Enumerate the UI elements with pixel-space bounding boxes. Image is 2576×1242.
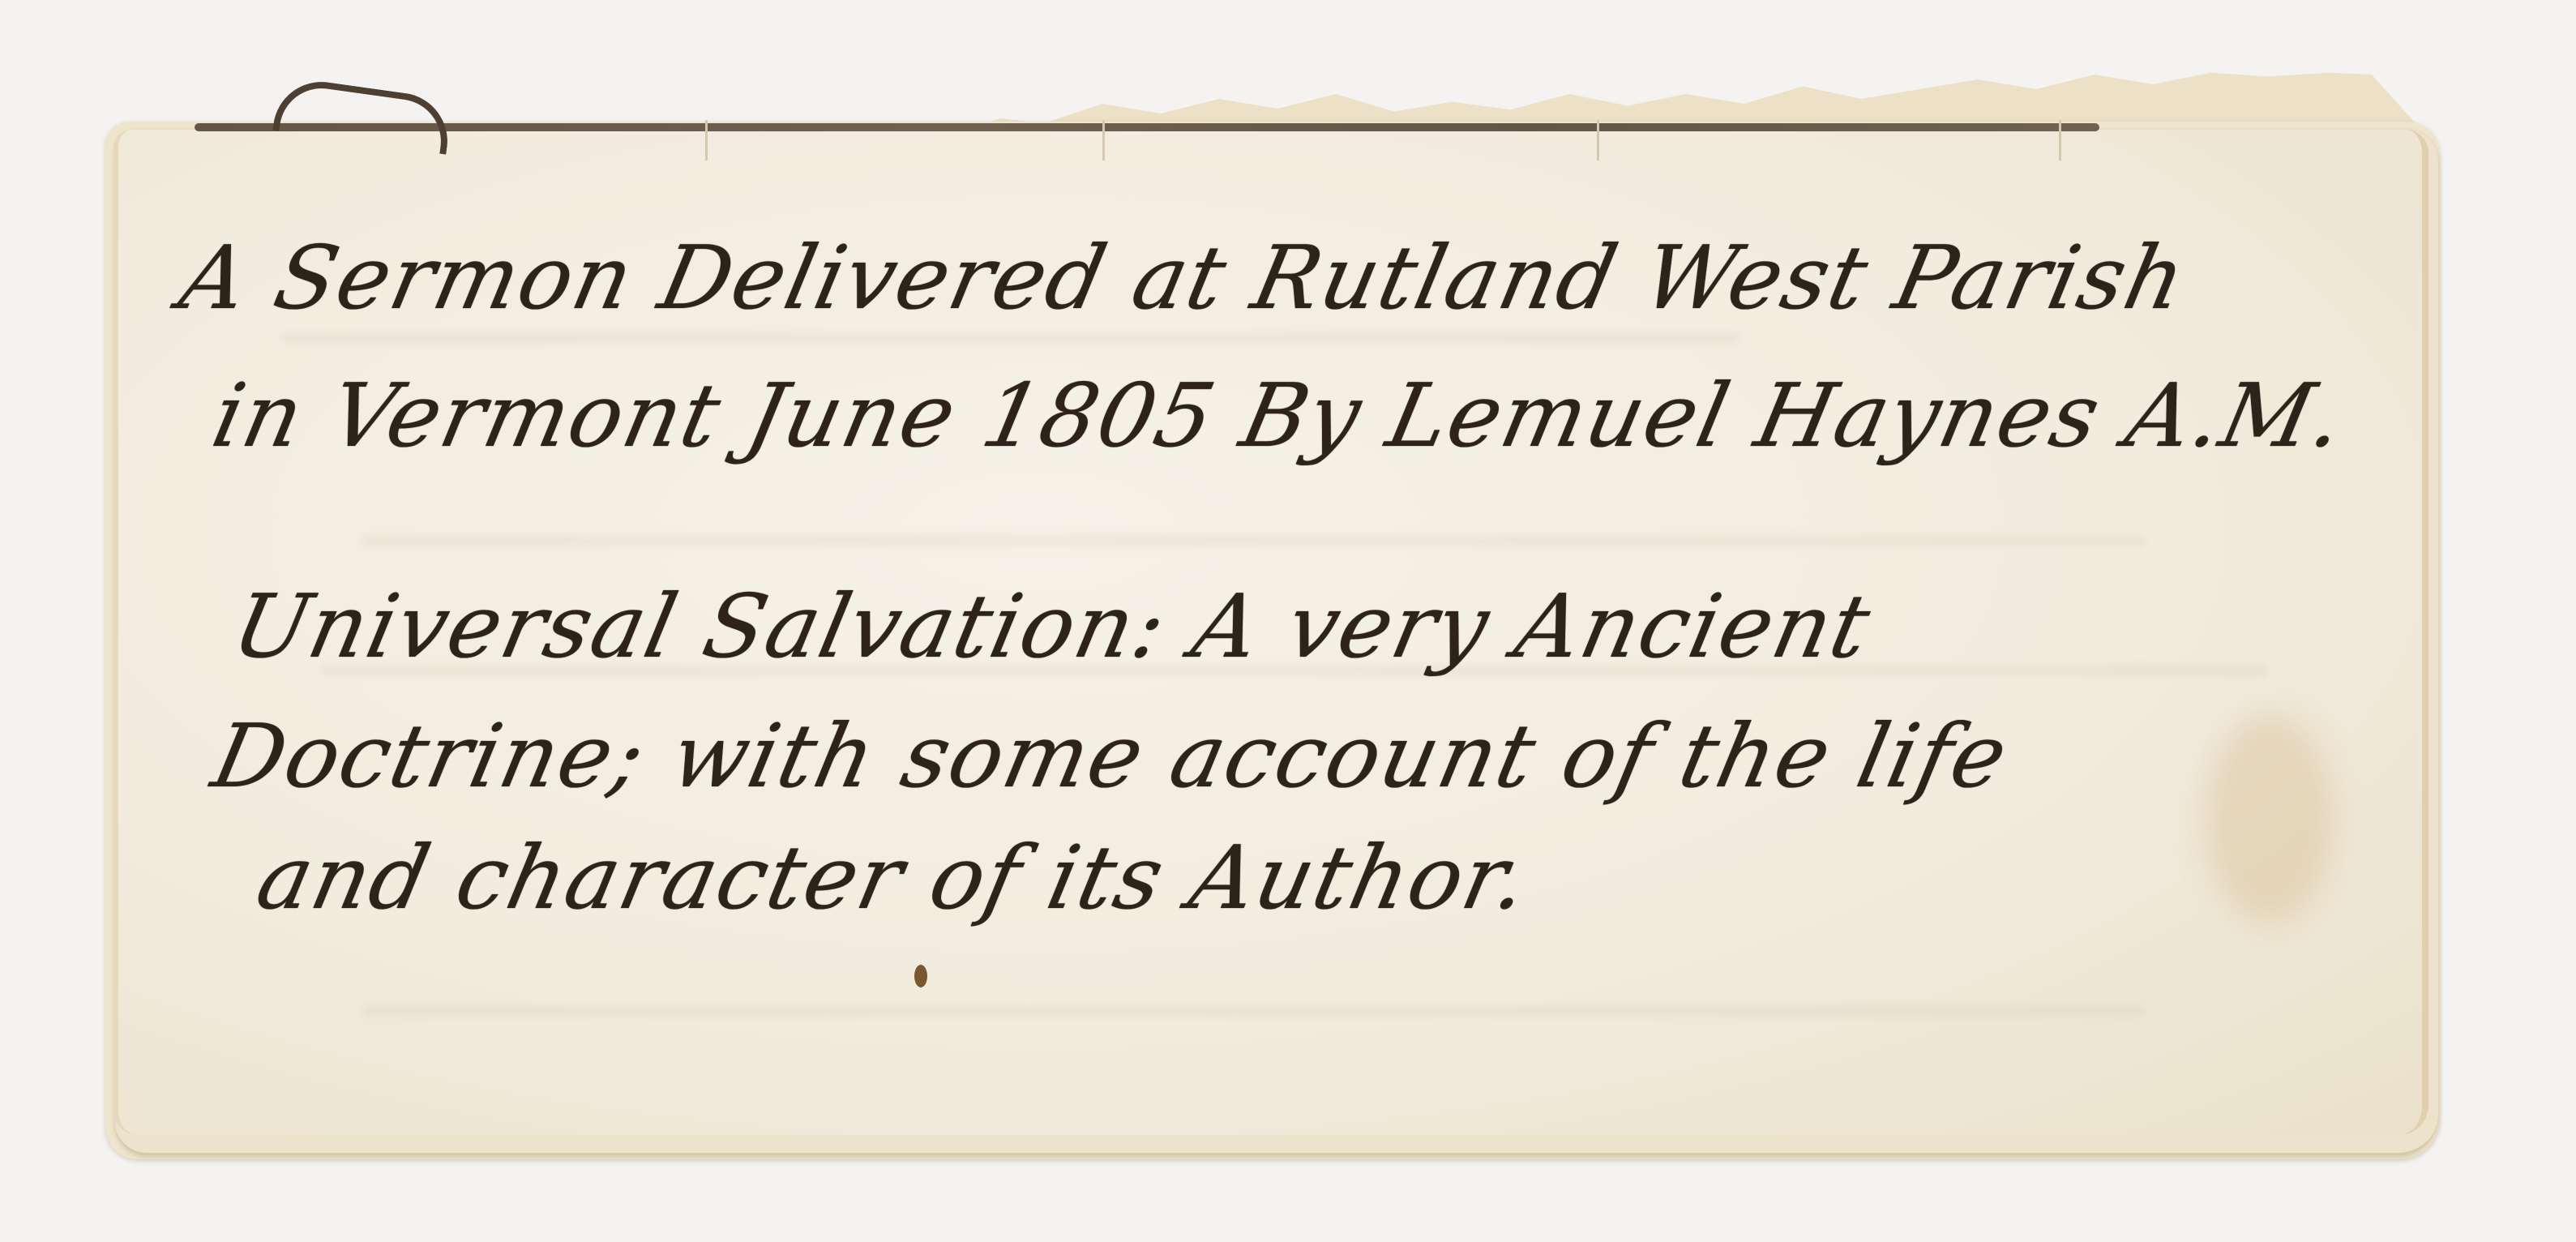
bleed-through-line [362,1005,2145,1017]
bleed-through-line [280,332,1739,344]
stitch-mark [705,120,708,161]
subtitle-line: Universal Salvation: A very Ancient [226,584,1879,671]
stitch-mark [2059,120,2061,161]
subtitle-line: and character of its Author. [250,835,1537,923]
title-line: in Vermont June 1805 By Lemuel Haynes A.… [206,373,2353,460]
photo-stage: A Sermon Delivered at Rutland West Paris… [0,0,2576,1242]
bleed-through-line [362,535,2145,546]
water-stain [2205,713,2334,924]
binding-thread [195,123,2099,131]
stitch-mark [1102,120,1105,161]
stitch-mark [1597,120,1599,161]
title-line: A Sermon Delivered at Rutland West Paris… [173,235,2194,323]
subtitle-line: Doctrine; with some account of the life [206,713,2016,801]
ink-blot [914,965,927,987]
